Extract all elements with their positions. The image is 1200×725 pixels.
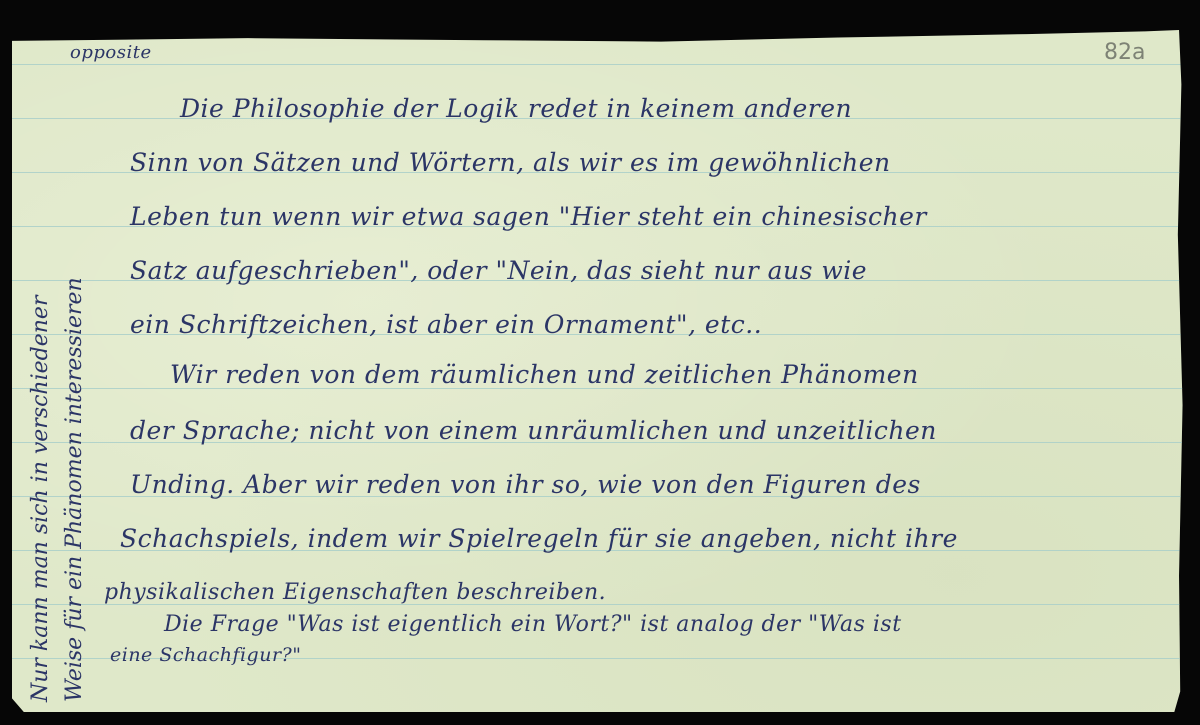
text-line-4: Satz aufgeschrieben", oder "Nein, das si…	[130, 256, 867, 285]
text-line-3: Leben tun wenn wir etwa sagen "Hier steh…	[130, 202, 927, 231]
page-number: 82a	[1104, 40, 1145, 65]
scanned-manuscript: opposite 82a Die Philosophie der Logik r…	[0, 0, 1200, 725]
text-line-10: physikalischen Eigenschaften beschreiben…	[104, 580, 606, 605]
ruled-line	[12, 64, 1192, 65]
lined-paper-card: opposite 82a Die Philosophie der Logik r…	[12, 30, 1192, 712]
text-line-9: Schachspiels, indem wir Spielregeln für …	[120, 524, 958, 553]
text-line-11: Die Frage "Was ist eigentlich ein Wort?"…	[164, 612, 902, 637]
text-line-5: ein Schriftzeichen, ist aber ein Ornamen…	[130, 310, 762, 339]
margin-note-line-2: Weise für ein Phänomen interessieren	[62, 277, 87, 702]
annotation-opposite: opposite	[70, 42, 152, 63]
text-line-1: Die Philosophie der Logik redet in keine…	[180, 94, 852, 123]
text-line-7: der Sprache; nicht von einem unräumliche…	[130, 416, 937, 445]
text-line-12: eine Schachfigur?"	[110, 644, 301, 666]
margin-note-line-1: Nur kann man sich in verschiedener	[28, 296, 53, 702]
text-line-2: Sinn von Sätzen und Wörtern, als wir es …	[130, 148, 891, 177]
text-line-8: Unding. Aber wir reden von ihr so, wie v…	[130, 470, 921, 499]
text-line-6: Wir reden von dem räumlichen und zeitlic…	[170, 360, 919, 389]
